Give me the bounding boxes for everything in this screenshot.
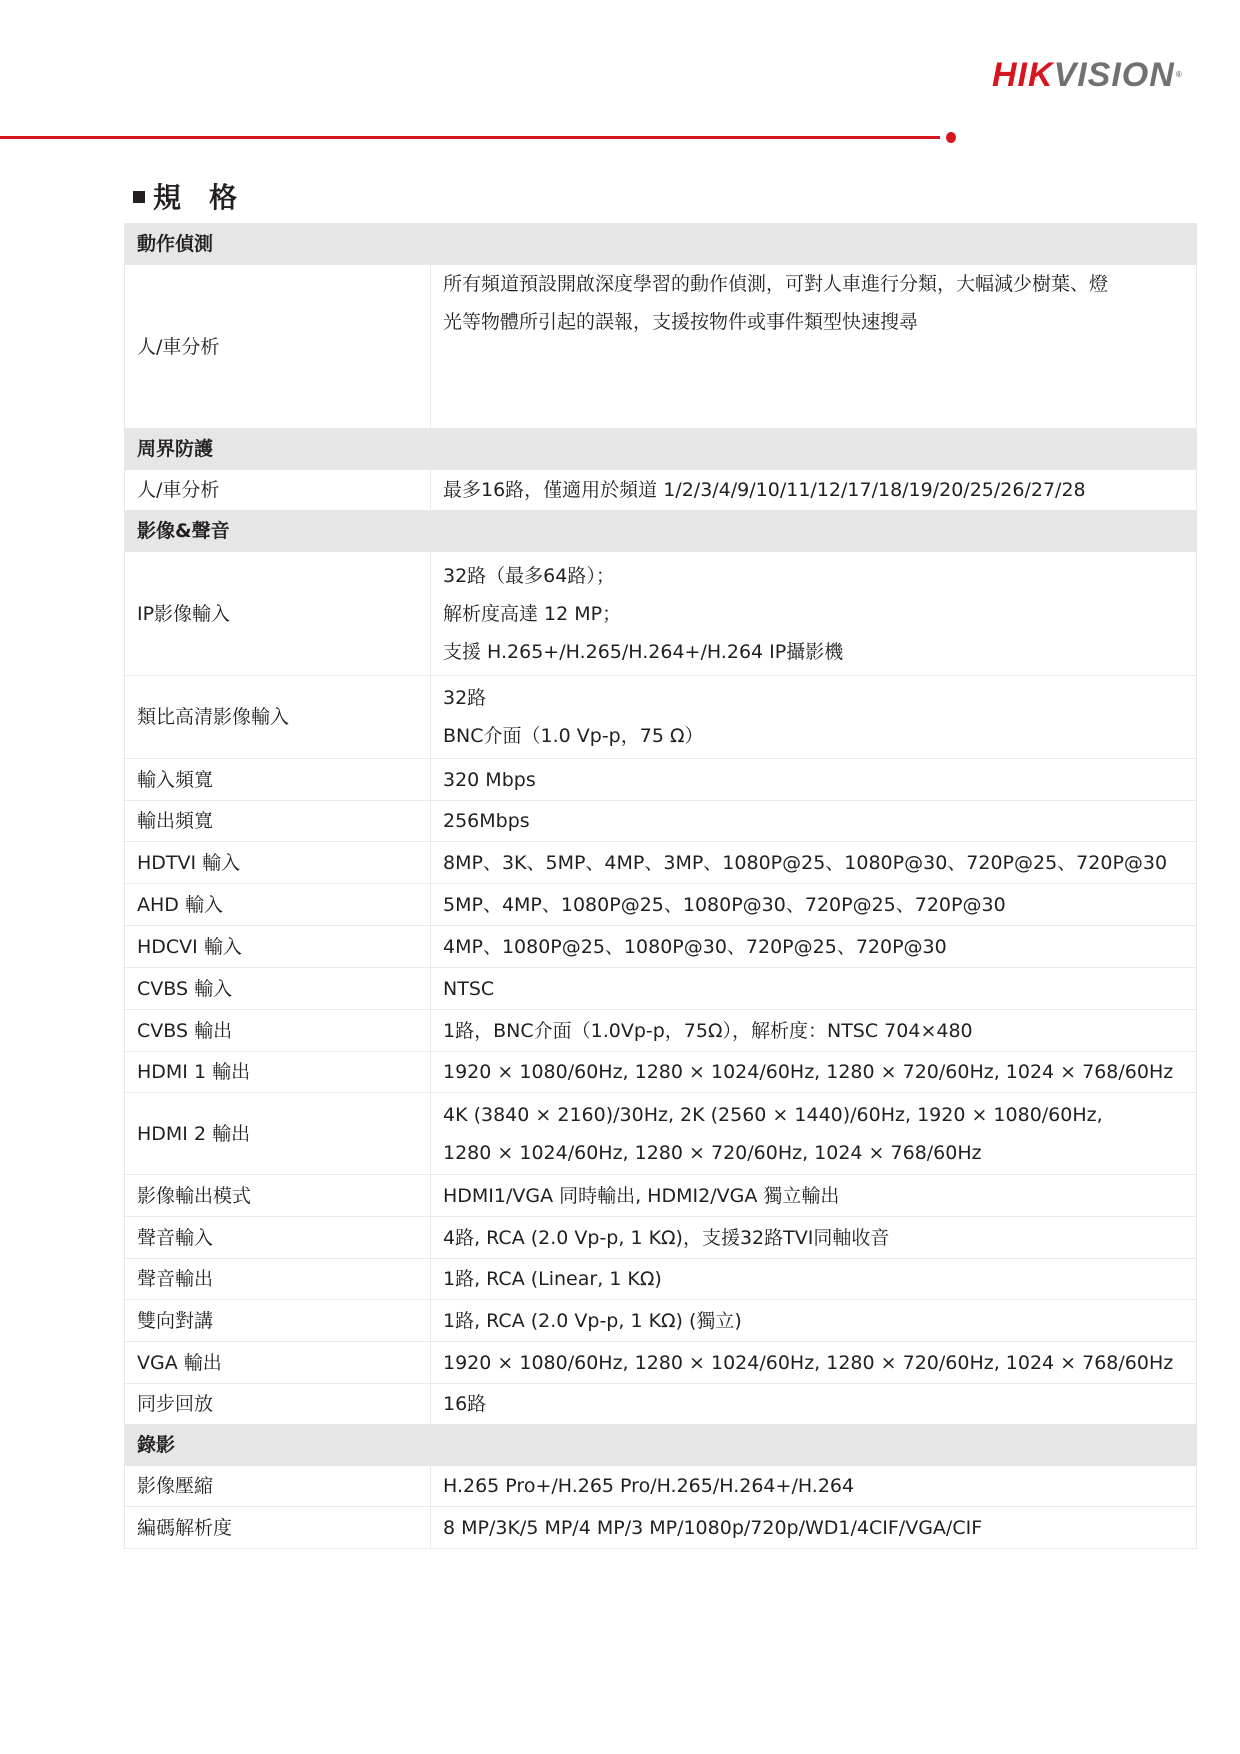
spec-value-line: 32路（最多64路）； [443, 557, 1184, 595]
spec-label: CVBS 輸出 [125, 1010, 431, 1052]
spec-row: VGA 輸出1920 × 1080/60Hz, 1280 × 1024/60Hz… [125, 1342, 1197, 1384]
spec-row: CVBS 輸出1路，BNC介面（1.0Vp-p，75Ω），解析度：NTSC 70… [125, 1010, 1197, 1052]
section-header-row: 周界防護 [125, 429, 1197, 470]
spec-value: 320 Mbps [431, 759, 1197, 801]
spec-row: 影像輸出模式HDMI1/VGA 同時輸出, HDMI2/VGA 獨立輸出 [125, 1175, 1197, 1217]
spec-value-line: 320 Mbps [443, 767, 1184, 793]
section-header: 周界防護 [125, 429, 1197, 470]
spec-row: IP影像輸入32路（最多64路）；解析度高達 12 MP；支援 H.265+/H… [125, 552, 1197, 676]
spec-value-line: 16路 [443, 1391, 1184, 1417]
spec-label: 同步回放 [125, 1384, 431, 1425]
spec-label: VGA 輸出 [125, 1342, 431, 1384]
spec-value: H.265 Pro+/H.265 Pro/H.265/H.264+/H.264 [431, 1466, 1197, 1507]
spec-value: 4MP、1080P@25、1080P@30、720P@25、720P@30 [431, 926, 1197, 968]
spec-value-line: 8MP、3K、5MP、4MP、3MP、1080P@25、1080P@30、720… [443, 850, 1184, 876]
spec-value: 32路（最多64路）；解析度高達 12 MP；支援 H.265+/H.265/H… [431, 552, 1197, 676]
spec-row: 同步回放16路 [125, 1384, 1197, 1425]
spec-label: CVBS 輸入 [125, 968, 431, 1010]
spec-value-line: 8 MP/3K/5 MP/4 MP/3 MP/1080p/720p/WD1/4C… [443, 1515, 1184, 1541]
spec-value-line: 1920 × 1080/60Hz, 1280 × 1024/60Hz, 1280… [443, 1350, 1184, 1376]
header-rule-dot [946, 132, 956, 143]
spec-label: HDTVI 輸入 [125, 842, 431, 884]
spec-label: 類比高清影像輸入 [125, 676, 431, 759]
section-header-row: 影像&聲音 [125, 511, 1197, 552]
spec-value: 最多16路，僅適用於頻道 1/2/3/4/9/10/11/12/17/18/19… [431, 470, 1197, 511]
spec-row: AHD 輸入5MP、4MP、1080P@25、1080P@30、720P@25、… [125, 884, 1197, 926]
spec-label: AHD 輸入 [125, 884, 431, 926]
spec-row: 聲音輸出1路, RCA (Linear, 1 KΩ) [125, 1259, 1197, 1300]
spec-value: 所有頻道預設開啟深度學習的動作偵測，可對人車進行分類，大幅減少樹葉、燈光等物體所… [431, 265, 1197, 429]
spec-row: CVBS 輸入NTSC [125, 968, 1197, 1010]
spec-value-line: HDMI1/VGA 同時輸出, HDMI2/VGA 獨立輸出 [443, 1183, 1184, 1209]
hikvision-logo: HIKVISION® [992, 58, 1183, 92]
spec-row: 輸入頻寬320 Mbps [125, 759, 1197, 801]
spec-value-line: 1路，BNC介面（1.0Vp-p，75Ω），解析度：NTSC 704×480 [443, 1018, 1184, 1044]
spec-value-line: 4K (3840 × 2160)/30Hz, 2K (2560 × 1440)/… [443, 1096, 1184, 1134]
spec-value: 1920 × 1080/60Hz, 1280 × 1024/60Hz, 1280… [431, 1052, 1197, 1093]
spec-label: 編碼解析度 [125, 1507, 431, 1549]
spec-row: 編碼解析度8 MP/3K/5 MP/4 MP/3 MP/1080p/720p/W… [125, 1507, 1197, 1549]
spec-value-line: 1路, RCA (Linear, 1 KΩ) [443, 1266, 1184, 1292]
spec-value: 1920 × 1080/60Hz, 1280 × 1024/60Hz, 1280… [431, 1342, 1197, 1384]
section-header-row: 動作偵測 [125, 224, 1197, 265]
spec-label: 影像壓縮 [125, 1466, 431, 1507]
spec-row: 影像壓縮H.265 Pro+/H.265 Pro/H.265/H.264+/H.… [125, 1466, 1197, 1507]
spec-label: 雙向對講 [125, 1300, 431, 1342]
spec-label: 影像輸出模式 [125, 1175, 431, 1217]
spec-row: HDCVI 輸入4MP、1080P@25、1080P@30、720P@25、72… [125, 926, 1197, 968]
spec-value: 8MP、3K、5MP、4MP、3MP、1080P@25、1080P@30、720… [431, 842, 1197, 884]
spec-value-line: BNC介面（1.0 Vp-p，75 Ω） [443, 717, 1184, 755]
spec-value: 1路, RCA (Linear, 1 KΩ) [431, 1259, 1197, 1300]
logo-hik-text: HIK [992, 56, 1054, 94]
spec-value: 4路, RCA (2.0 Vp-p, 1 KΩ)，支援32路TVI同軸收音 [431, 1217, 1197, 1259]
page-title: 規 格 [133, 180, 237, 216]
spec-value: 1路, RCA (2.0 Vp-p, 1 KΩ) (獨立) [431, 1300, 1197, 1342]
spec-row: 人/車分析最多16路，僅適用於頻道 1/2/3/4/9/10/11/12/17/… [125, 470, 1197, 511]
spec-label: 人/車分析 [125, 265, 431, 429]
spec-row: 雙向對講1路, RCA (2.0 Vp-p, 1 KΩ) (獨立) [125, 1300, 1197, 1342]
spec-label: 輸入頻寬 [125, 759, 431, 801]
spec-value-line: 5MP、4MP、1080P@25、1080P@30、720P@25、720P@3… [443, 892, 1184, 918]
spec-value: HDMI1/VGA 同時輸出, HDMI2/VGA 獨立輸出 [431, 1175, 1197, 1217]
spec-row: 類比高清影像輸入32路BNC介面（1.0 Vp-p，75 Ω） [125, 676, 1197, 759]
registered-mark: ® [1176, 70, 1183, 79]
spec-value: 1路，BNC介面（1.0Vp-p，75Ω），解析度：NTSC 704×480 [431, 1010, 1197, 1052]
spec-row: HDTVI 輸入8MP、3K、5MP、4MP、3MP、1080P@25、1080… [125, 842, 1197, 884]
spec-label: 聲音輸出 [125, 1259, 431, 1300]
logo-vision-text: VISION [1054, 56, 1175, 94]
spec-value-line: 256Mbps [443, 808, 1184, 834]
spec-label: HDCVI 輸入 [125, 926, 431, 968]
spec-value-line: 32路 [443, 679, 1184, 717]
spec-value: NTSC [431, 968, 1197, 1010]
spec-label: 聲音輸入 [125, 1217, 431, 1259]
spec-label: HDMI 1 輸出 [125, 1052, 431, 1093]
spec-label: 輸出頻寬 [125, 801, 431, 842]
square-bullet-icon [133, 191, 145, 203]
spec-row: 輸出頻寬256Mbps [125, 801, 1197, 842]
spec-label: 人/車分析 [125, 470, 431, 511]
spec-value-line: 4路, RCA (2.0 Vp-p, 1 KΩ)，支援32路TVI同軸收音 [443, 1225, 1184, 1251]
spec-value-line: 4MP、1080P@25、1080P@30、720P@25、720P@30 [443, 934, 1184, 960]
spec-value: 16路 [431, 1384, 1197, 1425]
spec-row: HDMI 1 輸出1920 × 1080/60Hz, 1280 × 1024/6… [125, 1052, 1197, 1093]
section-header: 影像&聲音 [125, 511, 1197, 552]
spec-label: IP影像輸入 [125, 552, 431, 676]
spec-value-line: 解析度高達 12 MP； [443, 595, 1184, 633]
spec-value-line: 光等物體所引起的誤報，支援按物件或事件類型快速搜尋 [443, 303, 1184, 341]
spec-value-line: 1路, RCA (2.0 Vp-p, 1 KΩ) (獨立) [443, 1308, 1184, 1334]
spec-value-line: 支援 H.265+/H.265/H.264+/H.264 IP攝影機 [443, 633, 1184, 671]
page-title-text: 規 格 [153, 181, 237, 214]
spec-label: HDMI 2 輸出 [125, 1093, 431, 1175]
spec-value-line: 最多16路，僅適用於頻道 1/2/3/4/9/10/11/12/17/18/19… [443, 477, 1184, 503]
spec-row: HDMI 2 輸出4K (3840 × 2160)/30Hz, 2K (2560… [125, 1093, 1197, 1175]
section-header-row: 錄影 [125, 1425, 1197, 1466]
spec-value-line: 1280 × 1024/60Hz, 1280 × 720/60Hz, 1024 … [443, 1134, 1184, 1172]
spec-value: 4K (3840 × 2160)/30Hz, 2K (2560 × 1440)/… [431, 1093, 1197, 1175]
spec-value-line: 所有頻道預設開啟深度學習的動作偵測，可對人車進行分類，大幅減少樹葉、燈 [443, 265, 1184, 303]
spec-row: 人/車分析所有頻道預設開啟深度學習的動作偵測，可對人車進行分類，大幅減少樹葉、燈… [125, 265, 1197, 429]
section-header: 動作偵測 [125, 224, 1197, 265]
spec-value: 32路BNC介面（1.0 Vp-p，75 Ω） [431, 676, 1197, 759]
spec-table: 動作偵測人/車分析所有頻道預設開啟深度學習的動作偵測，可對人車進行分類，大幅減少… [124, 223, 1197, 1549]
spec-row: 聲音輸入4路, RCA (2.0 Vp-p, 1 KΩ)，支援32路TVI同軸收… [125, 1217, 1197, 1259]
spec-value-line: H.265 Pro+/H.265 Pro/H.265/H.264+/H.264 [443, 1473, 1184, 1499]
spec-value: 5MP、4MP、1080P@25、1080P@30、720P@25、720P@3… [431, 884, 1197, 926]
section-header: 錄影 [125, 1425, 1197, 1466]
spec-value-line: NTSC [443, 976, 1184, 1002]
spec-value-line: 1920 × 1080/60Hz, 1280 × 1024/60Hz, 1280… [443, 1059, 1184, 1085]
spec-value: 256Mbps [431, 801, 1197, 842]
spec-value: 8 MP/3K/5 MP/4 MP/3 MP/1080p/720p/WD1/4C… [431, 1507, 1197, 1549]
header-rule [0, 136, 940, 139]
